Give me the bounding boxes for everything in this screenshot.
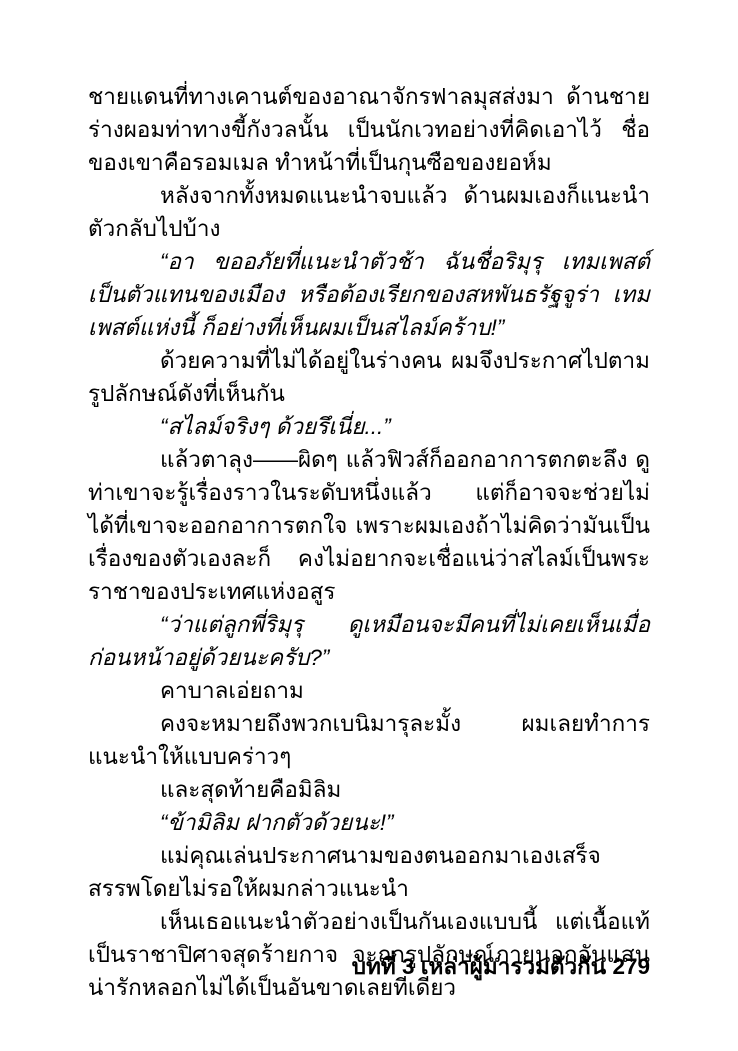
book-page: ชายแดนที่ทางเคานต์ของอาณาจักรฟาลมุสส่งมา… — [0, 0, 738, 1051]
paragraph: คงจะหมายถึงพวกเบนิมารุละมั้ง ผมเลยทำการแ… — [88, 707, 650, 773]
paragraph: ด้วยความที่ไม่ได้อยู่ในร่างคน ผมจึงประกา… — [88, 344, 650, 410]
paragraph: “อา ขออภัยที่แนะนำตัวช้า ฉันชื่อริมุรุ เ… — [88, 245, 650, 344]
paragraph: คาบาลเอ่ยถาม — [88, 674, 650, 707]
chapter-title: เหล่าผู้มารวมตัวกัน — [421, 954, 606, 979]
paragraph: แล้วตาลุง——ผิดๆ แล้วฟิวส์ก็ออกอาการตกตะล… — [88, 443, 650, 608]
paragraph: “ว่าแต่ลูกพี่ริมุรุ ดูเหมือนจะมีคนที่ไม่… — [88, 608, 650, 674]
chapter-label: บทที่ 3 — [352, 954, 415, 979]
page-footer: บทที่ 3 เหล่าผู้มารวมตัวกัน 279 — [352, 948, 650, 984]
text-body: ชายแดนที่ทางเคานต์ของอาณาจักรฟาลมุสส่งมา… — [88, 80, 650, 1004]
page-number: 279 — [612, 954, 650, 979]
paragraph: และสุดท้ายคือมิลิม — [88, 773, 650, 806]
paragraph: “สไลม์จริงๆ ด้วยรึเนี่ย...” — [88, 410, 650, 443]
paragraph: หลังจากทั้งหมดแนะนำจบแล้ว ด้านผมเองก็แนะ… — [88, 179, 650, 245]
paragraph: ชายแดนที่ทางเคานต์ของอาณาจักรฟาลมุสส่งมา… — [88, 80, 650, 179]
paragraph: “ข้ามิลิม ฝากตัวด้วยนะ!” — [88, 806, 650, 839]
paragraph: แม่คุณเล่นประกาศนามของตนออกมาเองเสร็จสรร… — [88, 839, 650, 905]
